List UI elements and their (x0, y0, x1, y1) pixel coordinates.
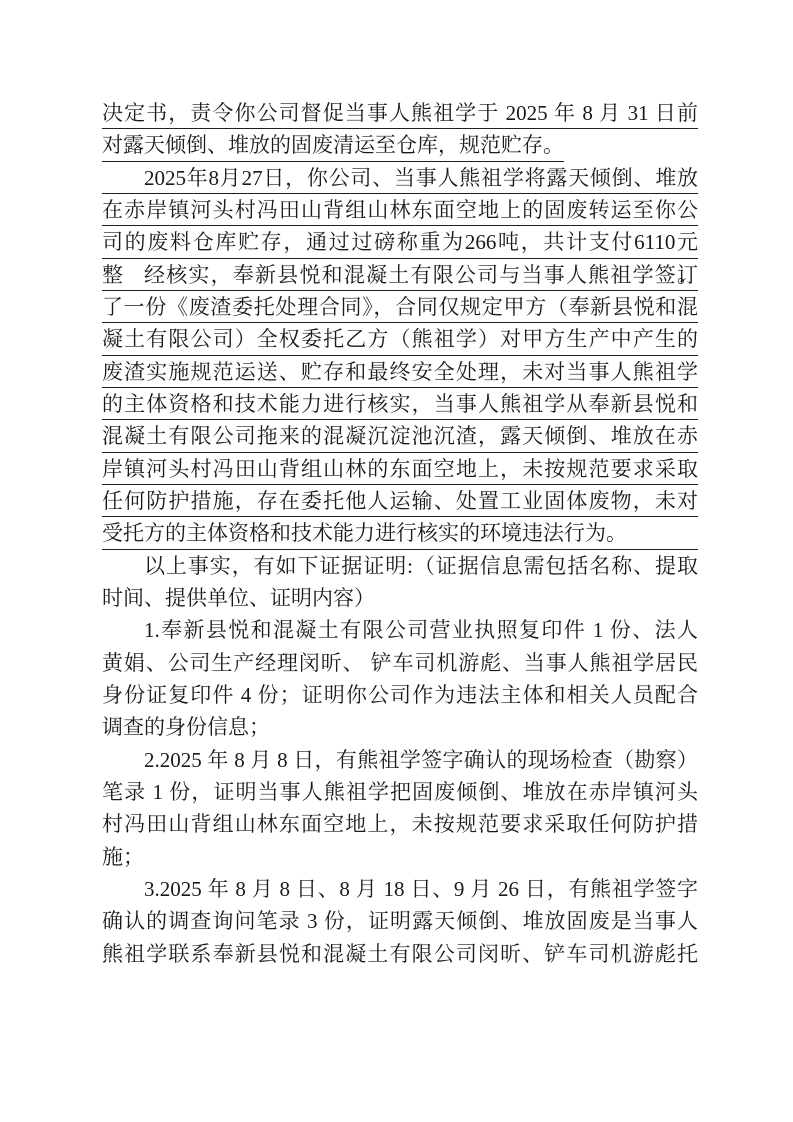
text-line: 村冯田山背组山林东面空地上，未按规范要求采取任何防护措 (102, 808, 698, 840)
text-line-content: 黄娟、公司生产经理闵昕、 铲车司机游彪、当事人熊祖学居民 (102, 651, 698, 675)
text-line-inner: 施； (102, 841, 698, 873)
text-line: 调查的身份信息； (102, 711, 698, 743)
text-line-content: 2.2025 年 8 月 8 日，有熊祖学签字确认的现场检查（勘察） (144, 748, 698, 772)
text-line-content: 3.2025 年 8 月 8 日、8 月 18 日、9 月 26 日，有熊祖学签… (144, 877, 698, 901)
text-line-content: 1.奉新县悦和混凝土有限公司营业执照复印件 1 份、法人 (144, 618, 698, 642)
text-line-content: 以上事实，有如下证据证明:（证据信息需包括名称、提取 (144, 554, 698, 578)
text-line-inner: 以上事实，有如下证据证明:（证据信息需包括名称、提取 (102, 550, 698, 582)
text-line-inner: 3.2025 年 8 月 8 日、8 月 18 日、9 月 26 日，有熊祖学签… (102, 873, 698, 905)
text-line-inner: 任何防护措施，存在委托他人运输、处置工业固体废物，未对 (102, 485, 698, 517)
text-line: 了一份《废渣委托处理合同》，合同仅规定甲方（奉新县悦和混 (102, 291, 698, 323)
text-line-content: 决定书，责令你公司督促当事人熊祖学于 2025 年 8 月 31 日前 (102, 101, 698, 125)
text-line-inner: 混凝土有限公司拖来的混凝沉淀池沉渣，露天倾倒、堆放在赤 (102, 420, 698, 452)
text-line-content: 笔录 1 份，证明当事人熊祖学把固废倾倒、堆放在赤岸镇河头 (102, 780, 698, 804)
text-line-content: 受托方的主体资格和技术能力进行核实的环境违法行为。 (102, 521, 627, 545)
text-line-inner: 黄娟、公司生产经理闵昕、 铲车司机游彪、当事人熊祖学居民 (102, 647, 698, 679)
text-line-inner: 2025年8月27日，你公司、当事人熊祖学将露天倾倒、堆放 (102, 162, 698, 194)
text-line: 2025年8月27日，你公司、当事人熊祖学将露天倾倒、堆放 (102, 162, 698, 194)
text-line-inner: 决定书，责令你公司督促当事人熊祖学于 2025 年 8 月 31 日前 (102, 97, 698, 129)
text-line: 对露天倾倒、堆放的固废清运至仓库，规范贮存。 (102, 129, 698, 161)
text-line-content: 经核实，奉新县悦和混凝土有限公司与当事人熊祖学签订 (144, 263, 698, 287)
text-line-content: 施； (102, 845, 144, 869)
text-line-inner: 对露天倾倒、堆放的固废清运至仓库，规范贮存。 (102, 129, 698, 161)
document-page: 决定书，责令你公司督促当事人熊祖学于 2025 年 8 月 31 日前对露天倾倒… (0, 0, 793, 1122)
text-line: 黄娟、公司生产经理闵昕、 铲车司机游彪、当事人熊祖学居民 (102, 647, 698, 679)
text-line-content: 的主体资格和技术能力进行核实，当事人熊祖学从奉新县悦和 (102, 392, 698, 416)
text-line-content: 混凝土有限公司拖来的混凝沉淀池沉渣，露天倾倒、堆放在赤 (102, 424, 698, 448)
document-body: 决定书，责令你公司督促当事人熊祖学于 2025 年 8 月 31 日前对露天倾倒… (102, 97, 698, 970)
text-line: 确认的调查询问笔录 3 份，证明露天倾倒、堆放固废是当事人 (102, 905, 698, 937)
text-line-inner: 确认的调查询问笔录 3 份，证明露天倾倒、堆放固废是当事人 (102, 905, 698, 937)
text-line: 司的废料仓库贮存，通过过磅称重为266吨，共计支付6110元整。 (102, 226, 698, 258)
text-line-content: 2025年8月27日，你公司、当事人熊祖学将露天倾倒、堆放 (144, 166, 698, 190)
text-line: 熊祖学联系奉新县悦和混凝土有限公司闵昕、铲车司机游彪托 (102, 938, 698, 970)
text-line-inner: 的主体资格和技术能力进行核实，当事人熊祖学从奉新县悦和 (102, 388, 698, 420)
text-line: 1.奉新县悦和混凝土有限公司营业执照复印件 1 份、法人 (102, 614, 698, 646)
text-line-content: 凝土有限公司）全权委托乙方（熊祖学）对甲方生产中产生的 (102, 327, 698, 351)
text-line-inner: 岸镇河头村冯田山背组山林的东面空地上，未按规范要求采取 (102, 453, 698, 485)
text-line: 笔录 1 份，证明当事人熊祖学把固废倾倒、堆放在赤岸镇河头 (102, 776, 698, 808)
text-line-content: 任何防护措施，存在委托他人运输、处置工业固体废物，未对 (102, 489, 698, 513)
text-line-inner: 2.2025 年 8 月 8 日，有熊祖学签字确认的现场检查（勘察） (102, 744, 698, 776)
text-line: 在赤岸镇河头村冯田山背组山林东面空地上的固废转运至你公 (102, 194, 698, 226)
text-line-content: 村冯田山背组山林东面空地上，未按规范要求采取任何防护措 (102, 812, 698, 836)
text-line-content: 身份证复印件 4 份；证明你公司作为违法主体和相关人员配合 (102, 683, 698, 707)
text-line-inner: 受托方的主体资格和技术能力进行核实的环境违法行为。 (102, 517, 698, 549)
text-line-content: 了一份《废渣委托处理合同》，合同仅规定甲方（奉新县悦和混 (102, 295, 698, 319)
text-line-inner: 调查的身份信息； (102, 711, 698, 743)
text-line: 任何防护措施，存在委托他人运输、处置工业固体废物，未对 (102, 485, 698, 517)
text-line-inner: 司的废料仓库贮存，通过过磅称重为266吨，共计支付6110元整。 (102, 226, 698, 258)
text-line-inner: 了一份《废渣委托处理合同》，合同仅规定甲方（奉新县悦和混 (102, 291, 698, 323)
text-line-inner: 村冯田山背组山林东面空地上，未按规范要求采取任何防护措 (102, 808, 698, 840)
text-line: 时间、提供单位、证明内容） (102, 582, 698, 614)
text-line-content: 熊祖学联系奉新县悦和混凝土有限公司闵昕、铲车司机游彪托 (102, 942, 698, 966)
text-line: 凝土有限公司）全权委托乙方（熊祖学）对甲方生产中产生的 (102, 323, 698, 355)
text-line-content: 对露天倾倒、堆放的固废清运至仓库，规范贮存。 (102, 133, 564, 162)
text-line-content: 调查的身份信息； (102, 715, 270, 739)
text-line: 3.2025 年 8 月 8 日、8 月 18 日、9 月 26 日，有熊祖学签… (102, 873, 698, 905)
text-line-inner: 身份证复印件 4 份；证明你公司作为违法主体和相关人员配合 (102, 679, 698, 711)
text-line-inner: 笔录 1 份，证明当事人熊祖学把固废倾倒、堆放在赤岸镇河头 (102, 776, 698, 808)
text-line-inner: 经核实，奉新县悦和混凝土有限公司与当事人熊祖学签订 (102, 259, 698, 291)
text-line: 决定书，责令你公司督促当事人熊祖学于 2025 年 8 月 31 日前 (102, 97, 698, 129)
text-line: 经核实，奉新县悦和混凝土有限公司与当事人熊祖学签订 (102, 259, 698, 291)
text-line: 身份证复印件 4 份；证明你公司作为违法主体和相关人员配合 (102, 679, 698, 711)
text-line-content: 岸镇河头村冯田山背组山林的东面空地上，未按规范要求采取 (102, 457, 698, 481)
text-line: 施； (102, 841, 698, 873)
text-line: 岸镇河头村冯田山背组山林的东面空地上，未按规范要求采取 (102, 453, 698, 485)
text-line-content: 时间、提供单位、证明内容） (102, 586, 375, 610)
text-line-inner: 凝土有限公司）全权委托乙方（熊祖学）对甲方生产中产生的 (102, 323, 698, 355)
text-line-content: 废渣实施规范运送、贮存和最终安全处理，未对当事人熊祖学 (102, 360, 698, 384)
text-line-content: 确认的调查询问笔录 3 份，证明露天倾倒、堆放固废是当事人 (102, 909, 698, 933)
text-line-content: 在赤岸镇河头村冯田山背组山林东面空地上的固废转运至你公 (102, 198, 698, 222)
text-line: 以上事实，有如下证据证明:（证据信息需包括名称、提取 (102, 550, 698, 582)
text-line-inner: 熊祖学联系奉新县悦和混凝土有限公司闵昕、铲车司机游彪托 (102, 938, 698, 970)
text-line: 混凝土有限公司拖来的混凝沉淀池沉渣，露天倾倒、堆放在赤 (102, 420, 698, 452)
text-line: 的主体资格和技术能力进行核实，当事人熊祖学从奉新县悦和 (102, 388, 698, 420)
text-line: 废渣实施规范运送、贮存和最终安全处理，未对当事人熊祖学 (102, 356, 698, 388)
text-line-inner: 在赤岸镇河头村冯田山背组山林东面空地上的固废转运至你公 (102, 194, 698, 226)
text-line-inner: 废渣实施规范运送、贮存和最终安全处理，未对当事人熊祖学 (102, 356, 698, 388)
text-line-inner: 1.奉新县悦和混凝土有限公司营业执照复印件 1 份、法人 (102, 614, 698, 646)
text-line-inner: 时间、提供单位、证明内容） (102, 582, 698, 614)
text-line: 2.2025 年 8 月 8 日，有熊祖学签字确认的现场检查（勘察） (102, 744, 698, 776)
text-line: 受托方的主体资格和技术能力进行核实的环境违法行为。 (102, 517, 698, 549)
